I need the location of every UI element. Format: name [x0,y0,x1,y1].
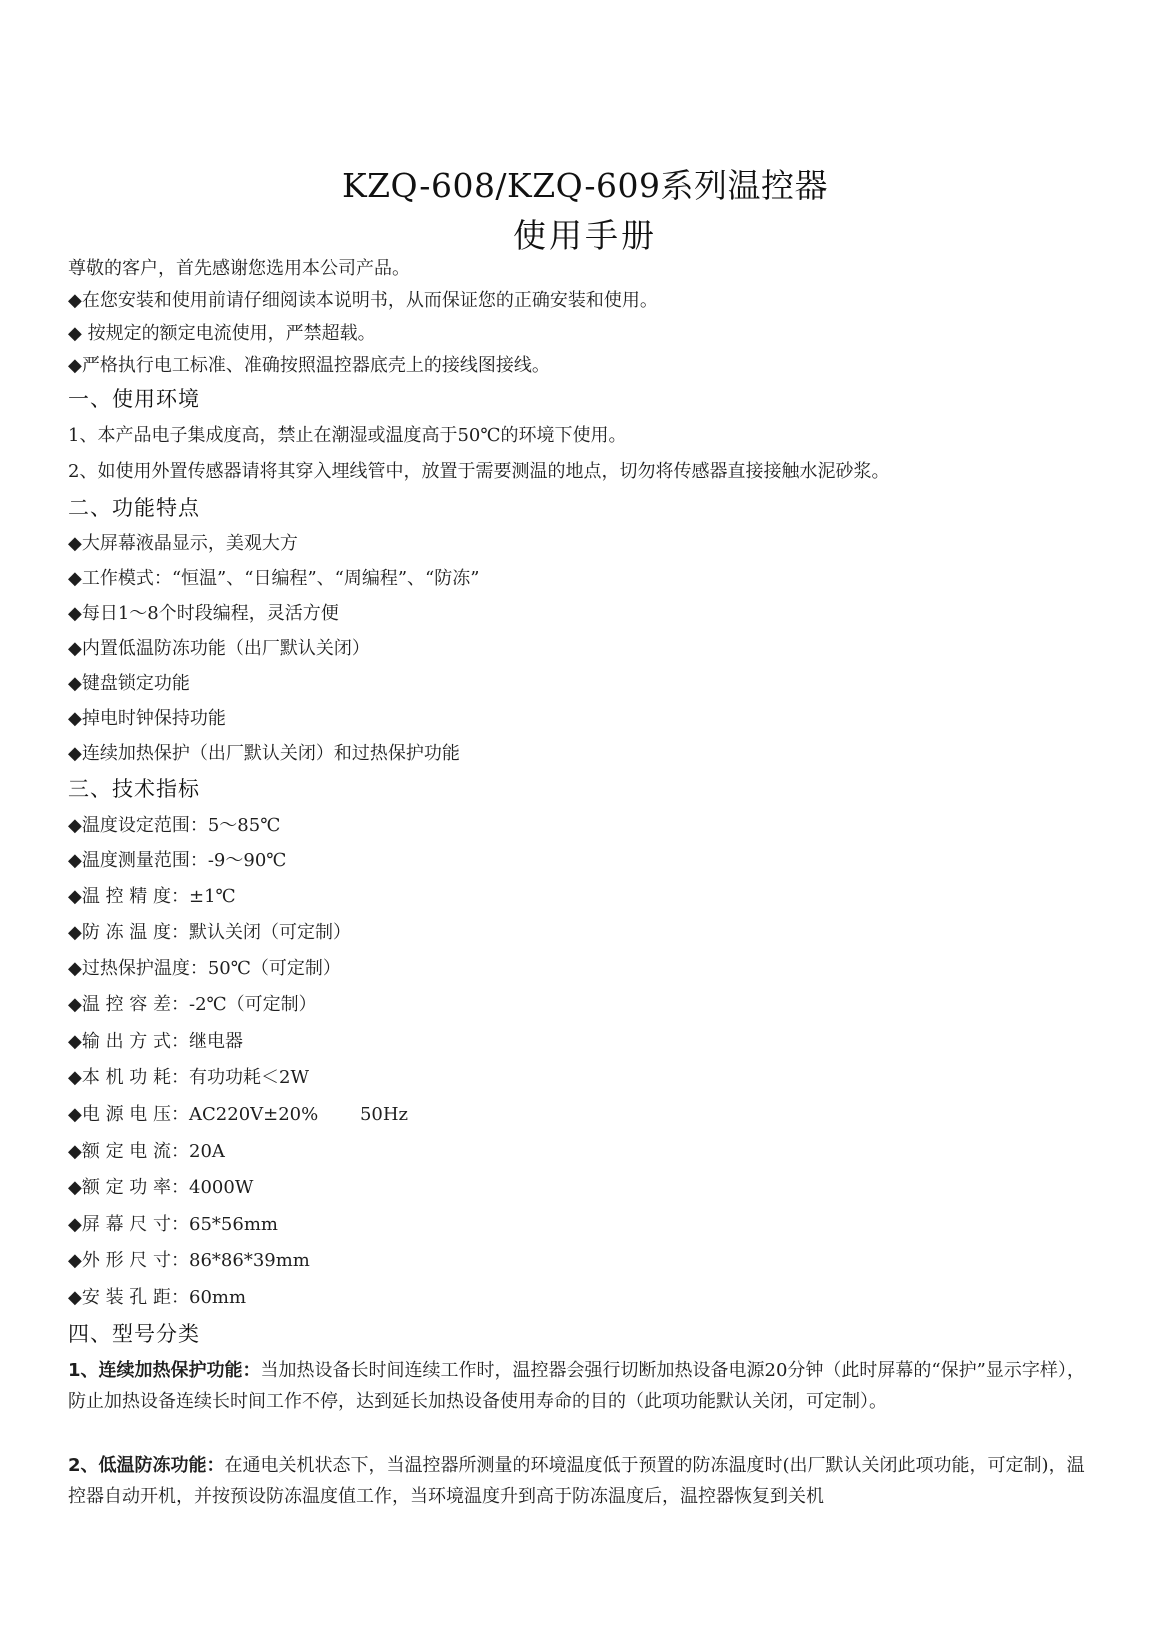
paragraph: 2、低温防冻功能：在通电关机状态下，当温控器所测量的环境温度低于预置的防冻温度时… [68,1450,1088,1512]
spec-value: 60mm [189,1287,246,1308]
spec-value: 有功功耗＜2W [189,1067,309,1088]
spec-row: ◆温度设定范围：5～85℃ [68,811,280,837]
list-item: ◆键盘锁定功能 [68,669,190,695]
spec-row: ◆额 定 电 流：20A [68,1137,225,1163]
list-item: 1、本产品电子集成度高，禁止在潮湿或温度高于50℃的环境下使用。 [68,421,627,447]
spec-row: ◆额 定 功 率：4000W [68,1173,253,1199]
spec-label: ◆外 形 尺 寸： [68,1250,189,1271]
spec-row: ◆防 冻 温 度：默认关闭（可定制） [68,918,351,944]
spec-value: 86*86*39mm [189,1250,310,1271]
list-item: ◆工作模式：“恒温”、“日编程”、“周编程”、“防冻” [68,564,479,590]
list-item: ◆内置低温防冻功能（出厂默认关闭） [68,634,370,660]
spec-value: 20A [189,1141,225,1162]
spec-label: ◆电 源 电 压： [68,1104,189,1125]
spec-label: ◆额 定 功 率： [68,1177,189,1198]
spec-label: ◆温度设定范围： [68,815,208,836]
spec-value: 65*56mm [189,1214,278,1235]
spec-label: ◆额 定 电 流： [68,1141,189,1162]
section-heading: 二、功能特点 [68,492,200,522]
spec-value: -2℃（可定制） [189,994,317,1015]
spec-row: ◆温 控 精 度：±1℃ [68,882,236,908]
intro-greeting: 尊敬的客户，首先感谢您选用本公司产品。 [68,254,410,280]
manual-page: KZQ-608/KZQ-609系列温控器 使用手册 尊敬的客户，首先感谢您选用本… [0,0,1170,1646]
intro-note: ◆严格执行电工标准、准确按照温控器底壳上的接线图接线。 [68,351,550,377]
section-heading: 一、使用环境 [68,383,200,413]
spec-label: ◆温度测量范围： [68,850,208,871]
spec-value: 继电器 [189,1031,243,1052]
spec-row: ◆屏 幕 尺 寸：65*56mm [68,1210,278,1236]
spec-value: AC220V±20% 50Hz [189,1104,408,1125]
spec-value: -9～90℃ [208,850,287,871]
section-heading: 四、型号分类 [68,1318,200,1348]
spec-row: ◆温 控 容 差：-2℃（可定制） [68,990,317,1016]
document-subtitle: 使用手册 [0,210,1170,257]
spec-label: ◆输 出 方 式： [68,1031,189,1052]
list-item: 2、如使用外置传感器请将其穿入埋线管中，放置于需要测温的地点，切勿将传感器直接接… [68,457,889,483]
list-item: ◆大屏幕液晶显示，美观大方 [68,529,298,555]
intro-note: ◆在您安装和使用前请仔细阅读本说明书，从而保证您的正确安装和使用。 [68,286,658,312]
spec-value: ±1℃ [189,886,236,907]
paragraph-lead: 1、连续加热保护功能： [68,1360,261,1381]
spec-label: ◆安 装 孔 距： [68,1287,189,1308]
spec-label: ◆温 控 容 差： [68,994,189,1015]
spec-row: ◆外 形 尺 寸：86*86*39mm [68,1246,310,1272]
list-item: ◆每日1～8个时段编程，灵活方便 [68,599,339,625]
section-heading: 三、技术指标 [68,773,200,803]
spec-label: ◆防 冻 温 度： [68,922,189,943]
list-item: ◆连续加热保护（出厂默认关闭）和过热保护功能 [68,739,460,765]
spec-value: 4000W [189,1177,253,1198]
spec-label: ◆温 控 精 度： [68,886,189,907]
spec-row: ◆电 源 电 压：AC220V±20% 50Hz [68,1100,408,1126]
spec-value: 5～85℃ [208,815,281,836]
spec-row: ◆本 机 功 耗：有功功耗＜2W [68,1063,309,1089]
spec-row: ◆安 装 孔 距：60mm [68,1283,246,1309]
spec-label: ◆本 机 功 耗： [68,1067,189,1088]
intro-note: ◆ 按规定的额定电流使用，严禁超载。 [68,319,376,345]
paragraph: 1、连续加热保护功能：当加热设备长时间连续工作时，温控器会强行切断加热设备电源2… [68,1355,1088,1417]
spec-value: 默认关闭（可定制） [189,922,351,943]
spec-row: ◆过热保护温度：50℃（可定制） [68,954,341,980]
spec-value: 50℃（可定制） [208,958,341,979]
paragraph-lead: 2、低温防冻功能： [68,1455,225,1476]
spec-row: ◆温度测量范围：-9～90℃ [68,846,286,872]
document-title: KZQ-608/KZQ-609系列温控器 [0,160,1170,207]
list-item: ◆掉电时钟保持功能 [68,704,226,730]
spec-label: ◆过热保护温度： [68,958,208,979]
spec-row: ◆输 出 方 式：继电器 [68,1027,243,1053]
spec-label: ◆屏 幕 尺 寸： [68,1214,189,1235]
